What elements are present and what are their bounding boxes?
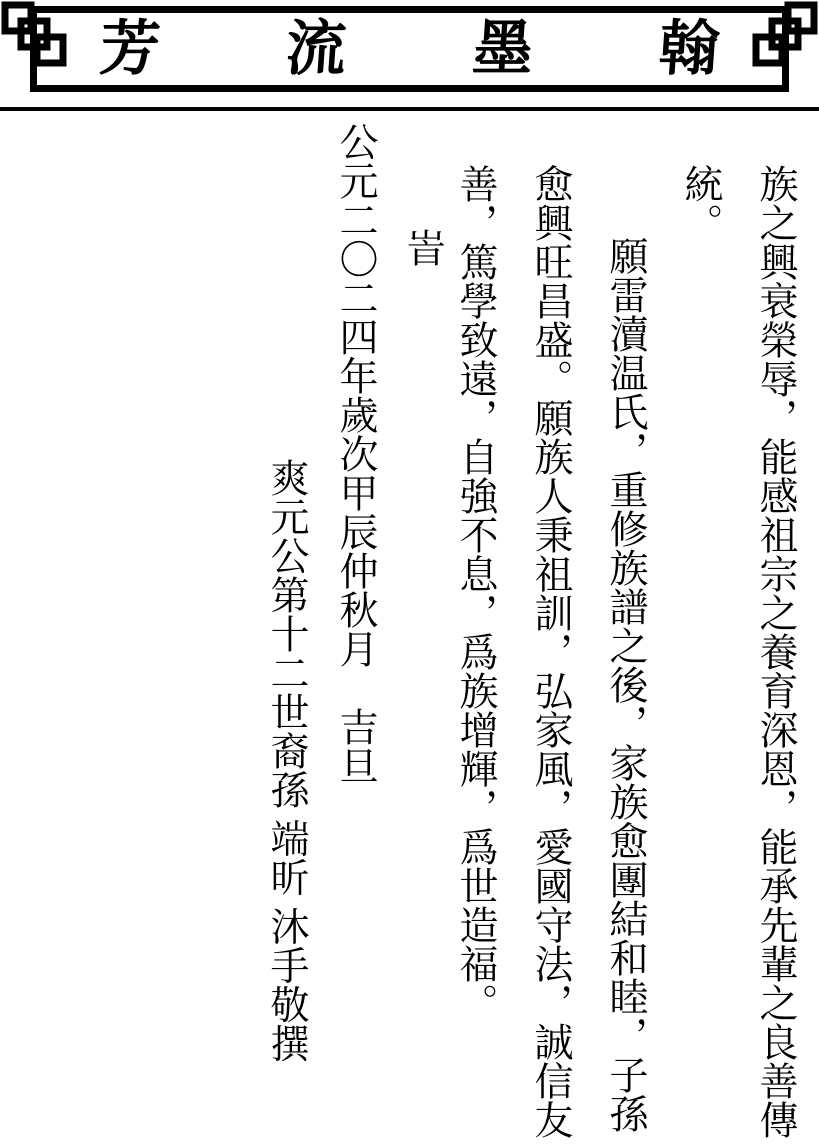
preface-body: 族之興衰榮辱，能感祖宗之養育深恩，能承先輩之良善傳 統。 願雷瀆温氏，重修族譜之… [267,122,795,1147]
header-divider [0,107,819,111]
date-column: 公元二〇二四年歲次甲辰仲秋月 吉旦 [336,122,375,1147]
preface-column-4: 愈興旺昌盛。願族人秉祖訓，弘家風，愛國守法，誠信友 [531,122,570,1147]
genealogy-preface-page: 芳 流 墨 翰 族之興衰榮辱，能感祖宗之養育深恩，能承先輩之良善傳 統。 願雷瀆… [0,0,819,1147]
title-char: 流 [284,19,348,79]
title-char: 芳 [98,19,162,79]
preface-column-2: 統。 [681,122,720,1147]
title-char: 翰 [657,19,721,79]
preface-column-5: 善，篤學致遠，自強不息，爲族增輝，爲世造福。 [456,122,495,1147]
signature-column: 爽元公第十二世裔孫 端昕 沐手敬撰 [267,122,306,1147]
title-char: 墨 [471,19,535,79]
preface-column-3: 願雷瀆温氏，重修族譜之後，家族愈團結和睦，子孫 [606,122,645,1147]
page-title: 芳 流 墨 翰 [60,6,759,92]
preface-column-1: 族之興衰榮辱，能感祖宗之養育深恩，能承先輩之良善傳 [756,122,795,1147]
time-marker: 峕 [403,122,442,1147]
header-band: 芳 流 墨 翰 [0,0,819,115]
